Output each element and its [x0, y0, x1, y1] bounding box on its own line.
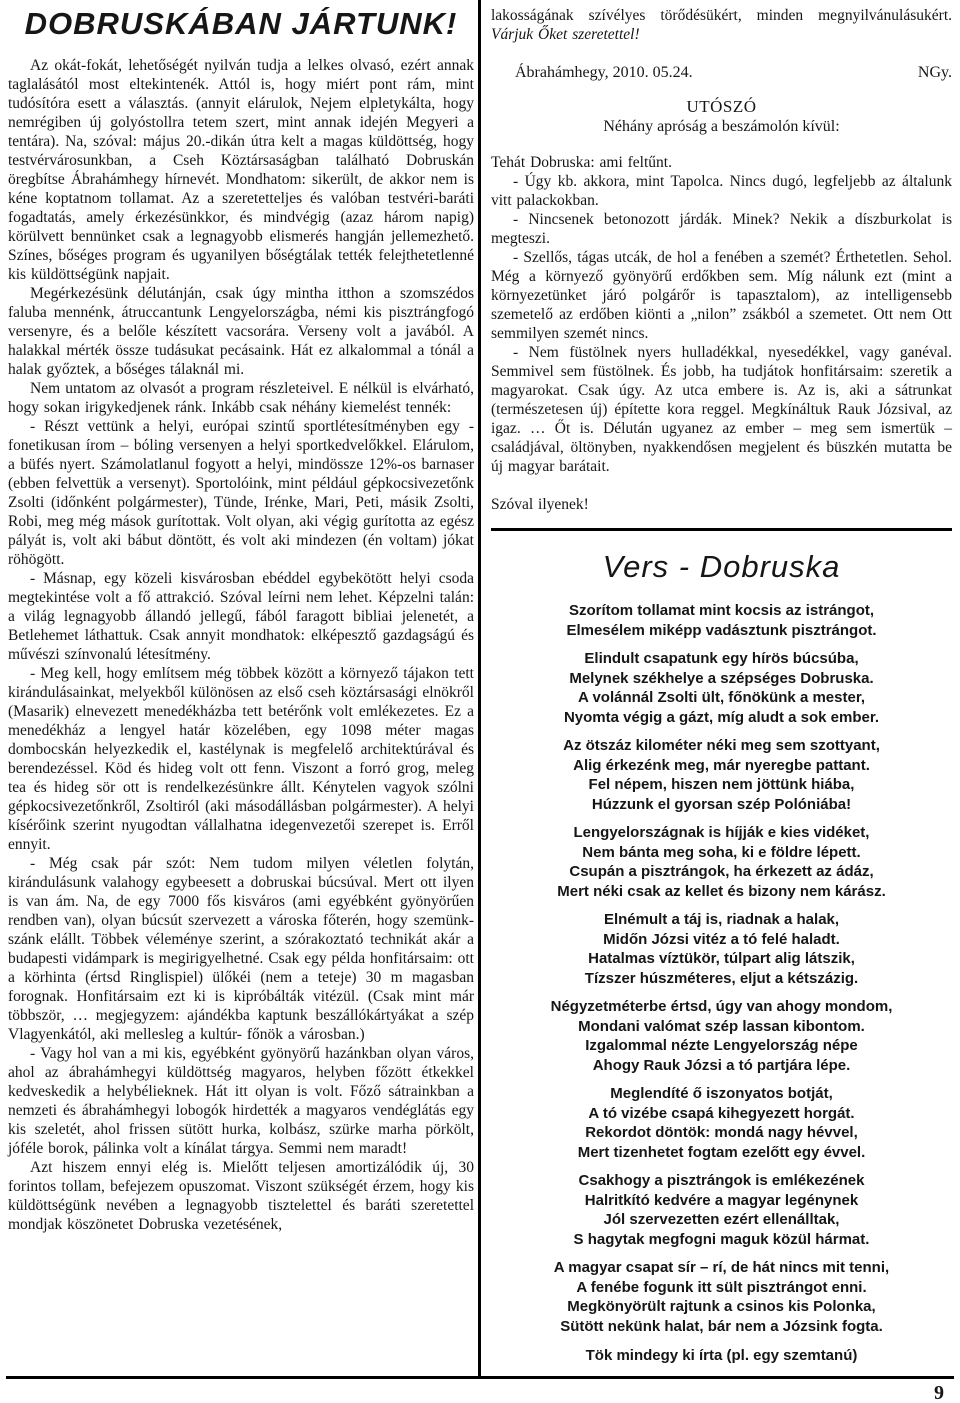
- poem-stanza: Négyzetméterbe értsd, úgy van ahogy mond…: [491, 997, 952, 1075]
- article-paragraph: - Még csak pár szót: Nem tudom milyen vé…: [8, 854, 474, 1044]
- poem-stanza: Elnémult a táj is, riadnak a halak, Midő…: [491, 910, 952, 988]
- poem-stanza: Csakhogy a pisztrángok is emlékezének Ha…: [491, 1171, 952, 1249]
- poem-stanza: Lengyelországnak is híjják e kies vidéke…: [491, 823, 952, 901]
- poem-stanza: Szorítom tollamat mint kocsis az istráng…: [491, 601, 952, 640]
- poem-stanza: Meglendíté ő iszonyatos botját, A tó viz…: [491, 1084, 952, 1162]
- signature-initials: NGy.: [918, 64, 952, 82]
- poem-stanza: Az ötszáz kilométer néki meg sem szottya…: [491, 736, 952, 814]
- article-paragraph: Megérkezésünk délutánján, csak úgy minth…: [8, 284, 474, 379]
- afterword-item: - Szellős, tágas utcák, de hol a fenében…: [491, 248, 952, 343]
- continuation-paragraph: lakosságának szívélyes törődésükért, min…: [491, 6, 952, 44]
- poem-attribution: Tök mindegy ki írta (pl. egy szemtanú): [491, 1346, 952, 1366]
- continuation-text: lakosságának szívélyes törődésükért, min…: [491, 7, 952, 24]
- article-paragraph: Azt hiszem ennyi elég is. Mielőtt teljes…: [8, 1158, 474, 1234]
- farewell-note: Várjuk Őket szeretettel!: [491, 26, 640, 43]
- afterword-lead: Tehát Dobruska: ami feltűnt.: [491, 153, 952, 172]
- footer-rule: [6, 1376, 954, 1379]
- article-paragraph: Nem untatom az olvasót a program részlet…: [8, 379, 474, 417]
- afterword-item: - Nincsenek betonozott járdák. Minek? Ne…: [491, 210, 952, 248]
- article-paragraph: - Részt vettünk a helyi, európai szintű …: [8, 417, 474, 569]
- afterword-item: - Nem füstölnek nyers hulladékkal, nyese…: [491, 343, 952, 476]
- afterword-subheading: Néhány apróság a beszámolón kívül:: [491, 117, 952, 137]
- poem-stanza: A magyar csapat sír – rí, de hát nincs m…: [491, 1258, 952, 1336]
- right-column: lakosságának szívélyes törődésükért, min…: [491, 6, 952, 1375]
- column-divider: [478, 0, 481, 1377]
- article-paragraph: - Vagy hol van a mi kis, egyébként gyöny…: [8, 1044, 474, 1158]
- afterword-item: - Úgy kb. akkora, mint Tapolca. Nincs du…: [491, 172, 952, 210]
- article-paragraph: - Meg kell, hogy említsem még többek köz…: [8, 664, 474, 854]
- page-number: 9: [934, 1382, 944, 1403]
- left-column: DOBRUSKÁBAN JÁRTUNK! Az okát-fokát, lehe…: [8, 4, 474, 1234]
- afterword-heading: UTÓSZÓ: [491, 96, 952, 117]
- section-divider: [491, 528, 952, 531]
- dateline: Ábrahámhegy, 2010. 05.24. NGy.: [491, 64, 952, 82]
- newspaper-page: DOBRUSKÁBAN JÁRTUNK! Az okát-fokát, lehe…: [0, 0, 960, 1403]
- poem-title: Vers - Dobruska: [491, 549, 952, 585]
- place-date: Ábrahámhegy, 2010. 05.24.: [515, 64, 693, 82]
- article-title: DOBRUSKÁBAN JÁRTUNK!: [8, 6, 474, 42]
- poem-stanza: Elindult csapatunk egy hírös búcsúba, Me…: [491, 649, 952, 727]
- article-paragraph: - Másnap, egy közeli kisvárosban ebéddel…: [8, 569, 474, 664]
- article-paragraph: Az okát-fokát, lehetőségét nyilván tudja…: [8, 56, 474, 284]
- afterword-closing: Szóval ilyenek!: [491, 495, 952, 514]
